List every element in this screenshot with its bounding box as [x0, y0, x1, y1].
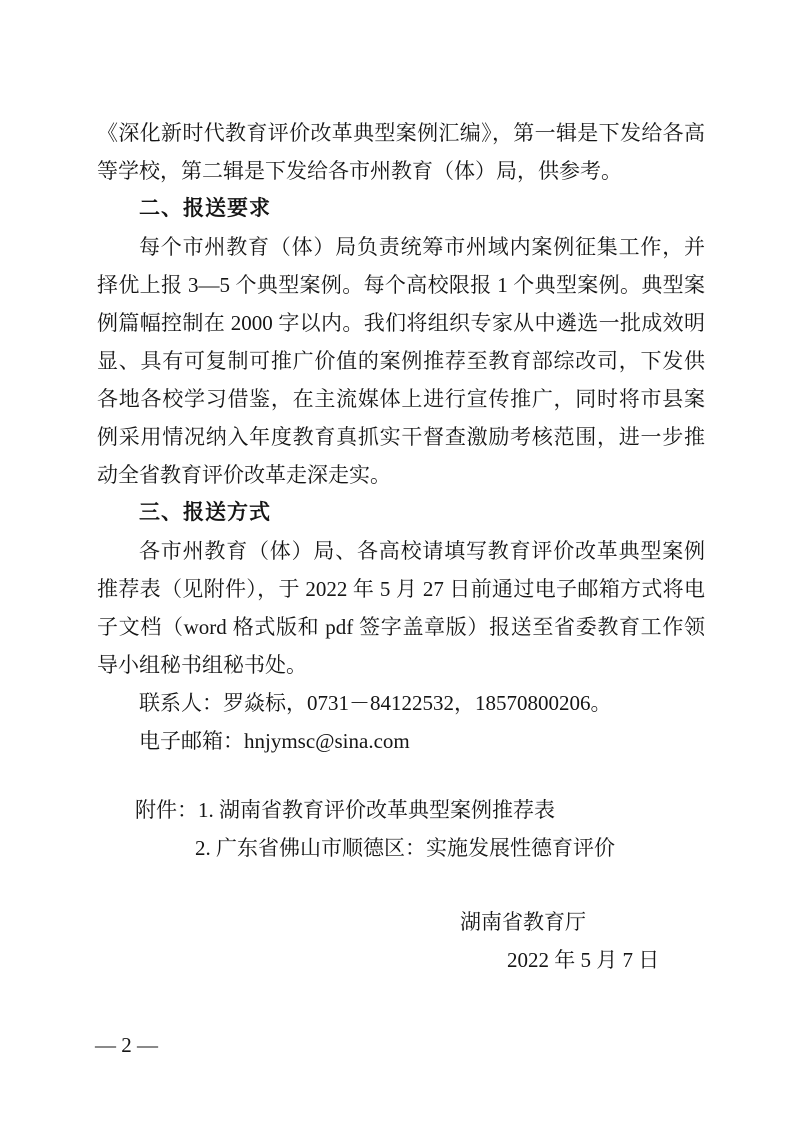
- attachment-list-item-2: 2. 广东省佛山市顺德区：实施发展性德育评价: [97, 829, 705, 867]
- intro-paragraph-line-2: 等学校，第二辑是下发给各市州教育（体）局，供参考。: [97, 152, 705, 190]
- section-3-paragraph-line-4: 导小组秘书组秘书处。: [97, 646, 705, 684]
- document-body: 《深化新时代教育评价改革典型案例汇编》，第一辑是下发给各高 等学校，第二辑是下发…: [97, 114, 705, 979]
- contact-person-line: 联系人：罗焱标，0731－84122532，18570800206。: [97, 684, 705, 722]
- page-number: — 2 —: [95, 1026, 158, 1064]
- section-3-paragraph-line-2: 推荐表（见附件），于 2022 年 5 月 27 日前通过电子邮箱方式将电: [97, 570, 705, 608]
- section-2-paragraph-line-1: 每个市州教育（体）局负责统筹市州域内案例征集工作，并: [97, 228, 705, 266]
- section-2-heading: 二、报送要求: [97, 190, 705, 228]
- section-2-paragraph-line-7: 动全省教育评价改革走深走实。: [97, 456, 705, 494]
- section-2-paragraph-line-2: 择优上报 3—5 个典型案例。每个高校限报 1 个典型案例。典型案: [97, 266, 705, 304]
- signature-date: 2022 年 5 月 7 日: [97, 941, 705, 979]
- attachment-list-item-1: 附件：1. 湖南省教育评价改革典型案例推荐表: [97, 791, 705, 829]
- section-3-paragraph-line-3: 子文档（word 格式版和 pdf 签字盖章版）报送至省委教育工作领: [97, 608, 705, 646]
- intro-paragraph-line-1: 《深化新时代教育评价改革典型案例汇编》，第一辑是下发给各高: [97, 114, 705, 152]
- signature-organization: 湖南省教育厅: [97, 903, 705, 941]
- section-3-heading: 三、报送方式: [97, 494, 705, 532]
- contact-email-line: 电子邮箱：hnjymsc@sina.com: [97, 722, 705, 760]
- section-3-paragraph-line-1: 各市州教育（体）局、各高校请填写教育评价改革典型案例: [97, 532, 705, 570]
- document-page: 《深化新时代教育评价改革典型案例汇编》，第一辑是下发给各高 等学校，第二辑是下发…: [0, 0, 793, 1122]
- section-2-paragraph-line-3: 例篇幅控制在 2000 字以内。我们将组织专家从中遴选一批成效明: [97, 304, 705, 342]
- section-2-paragraph-line-6: 例采用情况纳入年度教育真抓实干督查激励考核范围，进一步推: [97, 418, 705, 456]
- section-2-paragraph-line-4: 显、具有可复制可推广价值的案例推荐至教育部综改司，下发供: [97, 342, 705, 380]
- section-2-paragraph-line-5: 各地各校学习借鉴，在主流媒体上进行宣传推广，同时将市县案: [97, 380, 705, 418]
